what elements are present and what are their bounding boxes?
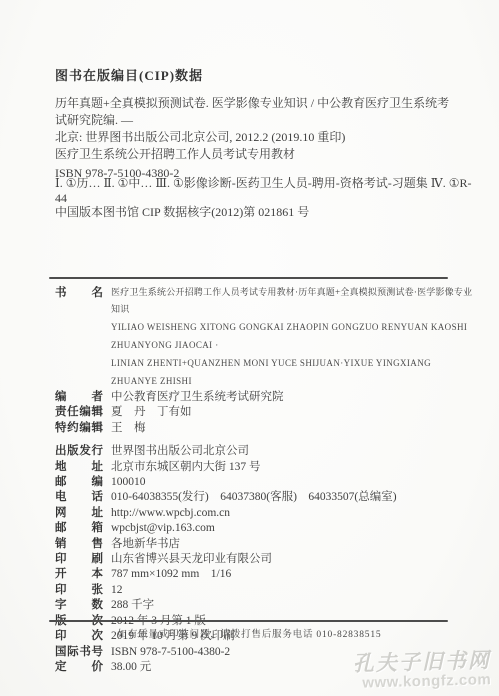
book-title-pinyin-2: LINIAN ZHENTI+QUANZHEN MONI YUCE SHIJUAN… bbox=[111, 354, 479, 390]
row-label: 字数 bbox=[55, 598, 103, 613]
row-value: 王 梅 bbox=[111, 421, 146, 436]
cip-description-paragraph: 历年真题+全真模拟预测试卷. 医学影像专业知识 / 中公教育医疗卫生系统考试研究… bbox=[55, 95, 453, 182]
row-value: ISBN 978-7-5100-4380-2 bbox=[111, 645, 230, 660]
row-label: 责任编辑 bbox=[55, 405, 103, 420]
divider-rule-top bbox=[49, 277, 448, 279]
kongfz-watermark: 孔夫子旧书网 www.kongfz.com bbox=[353, 649, 492, 692]
row-value: 288 千字 bbox=[111, 598, 154, 613]
table-row-website: 网址 http://www.wpcbj.com.cn bbox=[55, 506, 479, 521]
row-value: 787 mm×1092 mm 1/16 bbox=[111, 567, 231, 582]
book-title-text: 医疗卫生系统公开招聘工作人员考试专用教材·历年真题+全真模拟预测试卷·医学影像专… bbox=[111, 284, 479, 318]
row-label: 定价 bbox=[55, 660, 103, 675]
table-row-postcode: 邮编 100010 bbox=[55, 475, 479, 490]
row-value: 100010 bbox=[111, 475, 146, 490]
row-label: 出版发行 bbox=[55, 444, 103, 459]
row-value: 山东省博兴县天龙印业有限公司 bbox=[111, 552, 272, 567]
row-value: 中公教育医疗卫生系统考试研究院 bbox=[111, 390, 284, 405]
table-row-word-count: 字数 288 千字 bbox=[55, 598, 479, 613]
divider-rule-bottom bbox=[49, 620, 448, 622]
row-value: 010-64038355(发行) 64037380(客服) 64033507(总… bbox=[111, 490, 397, 505]
row-value: http://www.wpcbj.com.cn bbox=[111, 506, 230, 521]
row-value: 北京市东城区朝内大街 137 号 bbox=[111, 460, 261, 475]
table-row-address: 地址 北京市东城区朝内大街 137 号 bbox=[55, 460, 479, 475]
table-row-format: 开本 787 mm×1092 mm 1/16 bbox=[55, 567, 479, 582]
row-label: 网址 bbox=[55, 506, 103, 521]
table-row-responsible-editor: 责任编辑 夏 丹 丁有如 bbox=[55, 405, 479, 420]
row-label: 销售 bbox=[55, 537, 103, 552]
cip-record-number-line: 中国版本图书馆 CIP 数据核字(2012)第 021861 号 bbox=[55, 203, 475, 220]
row-label: 特约编辑 bbox=[55, 421, 103, 436]
row-label: 印张 bbox=[55, 583, 103, 598]
row-value: 38.00 元 bbox=[111, 660, 151, 675]
row-label: 地址 bbox=[55, 460, 103, 475]
row-value: 夏 丹 丁有如 bbox=[111, 405, 192, 420]
watermark-site-url: www.kongfz.com bbox=[353, 671, 491, 692]
table-row-publisher: 出版发行 世界图书出版公司北京公司 bbox=[55, 444, 479, 459]
book-title-pinyin-1: YILIAO WEISHENG XITONG GONGKAI ZHAOPIN G… bbox=[111, 318, 479, 354]
cip-line-3: 医疗卫生系统公开招聘工作人员考试专用教材 bbox=[55, 146, 453, 163]
row-label: 国际书号 bbox=[55, 645, 103, 660]
table-row-editor: 编者 中公教育医疗卫生系统考试研究院 bbox=[55, 390, 479, 405]
cip-section-title: 图书在版编目(CIP)数据 bbox=[55, 65, 203, 84]
row-label: 编者 bbox=[55, 390, 103, 405]
row-label: 开本 bbox=[55, 567, 103, 582]
row-value: 12 bbox=[111, 583, 123, 598]
row-label: 邮箱 bbox=[55, 521, 103, 536]
row-value: 世界图书出版公司北京公司 bbox=[111, 444, 249, 459]
table-row-telephone: 电话 010-64038355(发行) 64037380(客服) 6403350… bbox=[55, 490, 479, 505]
row-value: 各地新华书店 bbox=[111, 537, 180, 552]
cip-line-2: 北京: 世界图书出版公司北京公司, 2012.2 (2019.10 重印) bbox=[55, 129, 453, 146]
row-value-title: 医疗卫生系统公开招聘工作人员考试专用教材·历年真题+全真模拟预测试卷·医学影像专… bbox=[111, 284, 479, 390]
row-label: 电话 bbox=[55, 490, 103, 505]
table-row-special-editor: 特约编辑 王 梅 bbox=[55, 421, 479, 436]
table-row-email: 邮箱 wpcbjst@vip.163.com bbox=[55, 521, 479, 536]
table-row-sheets: 印张 12 bbox=[55, 583, 479, 598]
cip-line-1: 历年真题+全真模拟预测试卷. 医学影像专业知识 / 中公教育医疗卫生系统考试研究… bbox=[55, 95, 453, 129]
table-row-title: 书名 医疗卫生系统公开招聘工作人员考试专用教材·历年真题+全真模拟预测试卷·医学… bbox=[55, 284, 479, 390]
row-label: 印刷 bbox=[55, 552, 103, 567]
table-row-sales: 销售 各地新华书店 bbox=[55, 537, 479, 552]
cip-classification-line: Ⅰ. ①历… Ⅱ. ①中… Ⅲ. ①影像诊断-医药卫生人员-聘用-资格考试-习题… bbox=[55, 174, 475, 206]
row-label: 邮编 bbox=[55, 475, 103, 490]
quality-service-notice: 如有质量或印装问题，请拨打售后服务电话 010-82838515 bbox=[0, 626, 499, 640]
book-info-table: 书名 医疗卫生系统公开招聘工作人员考试专用教材·历年真题+全真模拟预测试卷·医学… bbox=[55, 284, 479, 675]
table-row-printer: 印刷 山东省博兴县天龙印业有限公司 bbox=[55, 552, 479, 567]
row-label-title: 书名 bbox=[55, 284, 103, 390]
row-value: wpcbjst@vip.163.com bbox=[111, 521, 215, 536]
